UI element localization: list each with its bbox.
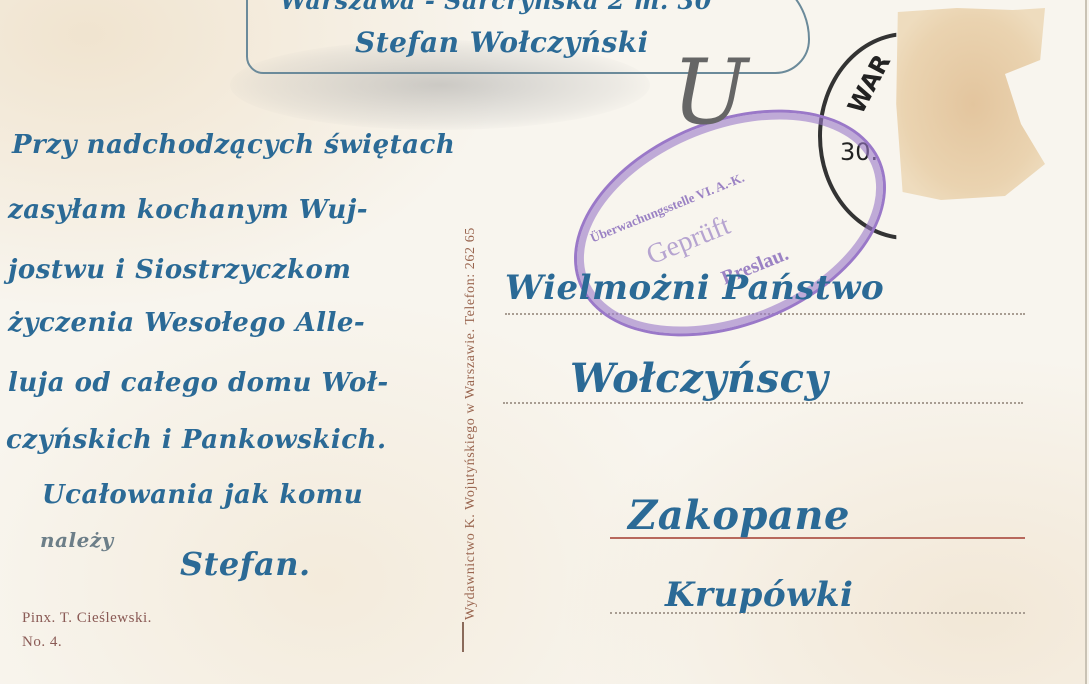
message-line-8: należy xyxy=(40,528,114,552)
stamp-remnant xyxy=(893,4,1053,204)
message-line-7: Ucałowania jak komu xyxy=(42,480,363,510)
card-number: No. 4. xyxy=(22,634,62,651)
message-line-1: Przy nadchodzących świętach xyxy=(12,130,455,160)
message-line-5: luja od całego domu Woł- xyxy=(8,368,389,398)
postcard-back: Warszawa - Sarcryńska 2 m. 30 Stefan Woł… xyxy=(0,0,1087,684)
return-address-line2: Stefan Wołczyński xyxy=(355,26,649,59)
address-line-2: Wołczyńscy xyxy=(570,355,828,402)
address-line-4: Krupówki xyxy=(665,575,853,615)
publisher-text: Wydawnictwo K. Wojutyńskiego w Warszawie… xyxy=(463,227,479,620)
pencil-mark: U xyxy=(672,40,748,145)
return-address-line1: Warszawa - Sarcryńska 2 m. 30 xyxy=(280,0,712,15)
divider-tick xyxy=(462,622,464,652)
message-line-4: życzenia Wesołego Alle- xyxy=(8,308,365,338)
artist-credit: Pinx. T. Cieślewski. xyxy=(22,610,152,627)
address-line-rule-2 xyxy=(503,402,1023,404)
message-line-3: jostwu i Siostrzyczkom xyxy=(8,255,351,285)
message-line-2: zasyłam kochanym Wuj- xyxy=(8,195,368,225)
address-line-1: Wielmożni Państwo xyxy=(505,268,884,308)
message-line-6: czyńskich i Pankowskich. xyxy=(6,425,387,455)
signature: Stefan. xyxy=(180,545,311,583)
address-line-3: Zakopane xyxy=(628,492,850,539)
